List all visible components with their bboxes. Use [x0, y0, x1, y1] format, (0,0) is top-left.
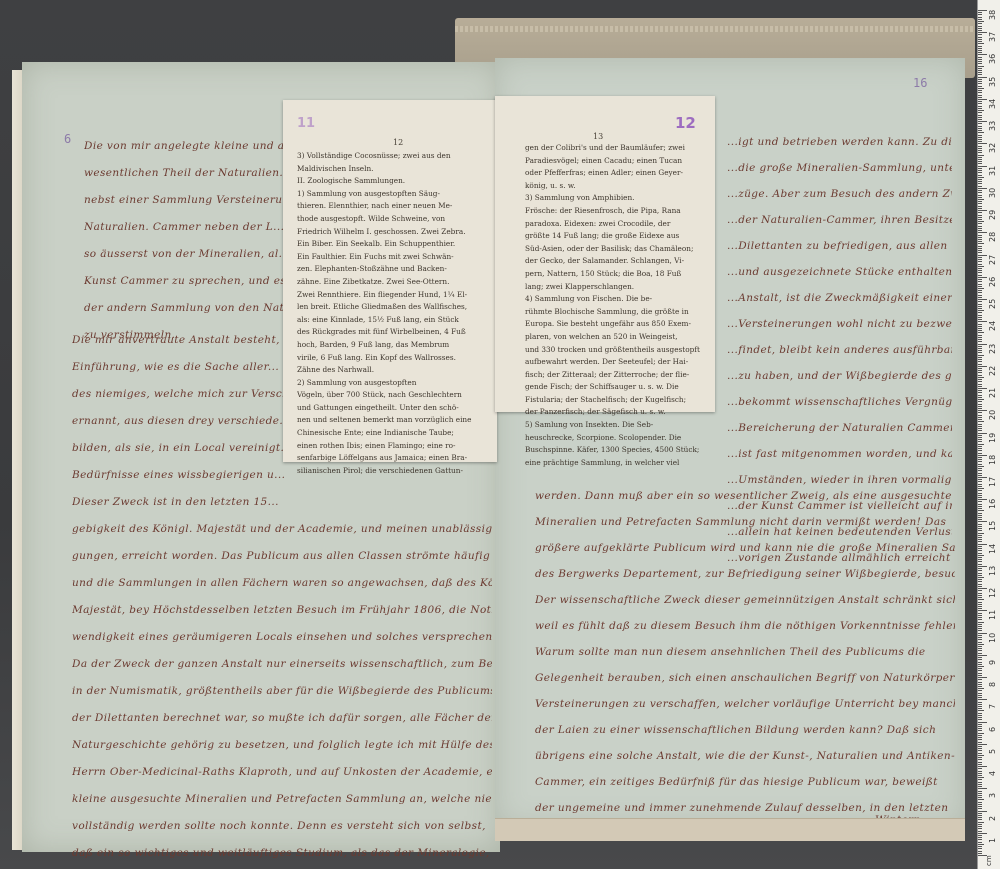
ruler-label: 22 — [988, 366, 997, 376]
printed-paragraph: gen der Colibri's und der Baumläufer; zw… — [525, 142, 707, 192]
handwritten-line: kleine ausgesuchte Mineralien und Petref… — [72, 793, 492, 805]
ruler-label: 4 — [988, 771, 997, 776]
handwritten-line: in der Numismatik, größtentheils aber fü… — [72, 685, 492, 697]
ruler-label: 24 — [988, 321, 997, 331]
ruler-label: 32 — [988, 143, 997, 153]
printed-text-left: 3) Vollständige Cocosnüsse; zwei aus den… — [297, 150, 487, 477]
ruler-label: 2 — [988, 815, 997, 820]
ruler-label: 34 — [988, 99, 997, 109]
handwritten-line: des niemiges, welche mich zur Versch... — [72, 388, 312, 400]
handwritten-line: ...Anstalt, ist die Zweckmäßigkeit einer… — [727, 292, 952, 304]
handwritten-line: Da der Zweck der ganzen Anstalt nur eine… — [72, 658, 492, 670]
handwritten-line: Warum sollte man nun diesem ansehnlichen… — [535, 646, 955, 658]
ruler-label: 9 — [988, 660, 997, 665]
handwritten-line: bilden, als sie, in ein Local vereinigt.… — [72, 442, 312, 454]
printed-paragraph: 3) Sammlung von Amphibien.Frösche: der R… — [525, 192, 707, 293]
handwritten-line: gungen, erreicht worden. Das Publicum au… — [72, 550, 492, 562]
handwritten-line: ...Umständen, wieder in ihren vormaligen — [727, 474, 952, 486]
handwritten-line: ...ist fast mitgenommen worden, und kann — [727, 448, 952, 460]
printed-paragraph: 4) Sammlung von Fischen. Die be-rühmte B… — [525, 293, 707, 419]
stamp-mark-left: 11 — [297, 116, 315, 131]
ruler-label: 13 — [988, 566, 997, 576]
handwritten-line: Kunst Cammer zu sprechen, und es... — [84, 275, 304, 287]
ruler-label: 29 — [988, 210, 997, 220]
handwritten-line: Dieser Zweck ist in den letzten 15... — [72, 496, 312, 508]
printed-paragraph: 3) Vollständige Cocosnüsse; zwei aus den… — [297, 150, 487, 175]
ruler-label: 20 — [988, 410, 997, 420]
handwritten-line: übrigens eine solche Anstalt, wie die de… — [535, 750, 955, 762]
page-edges — [455, 26, 975, 32]
ruler-label: 19 — [988, 432, 997, 442]
ruler-label: 6 — [988, 726, 997, 731]
ruler-label: 17 — [988, 477, 997, 487]
printed-insert-right-page: 12 13 gen der Colibri's und der Baumläuf… — [495, 96, 715, 412]
ruler-label: 21 — [988, 388, 997, 398]
handwritten-line: werden. Dann muß aber ein so wesentliche… — [535, 490, 955, 502]
handwritten-line: ...Bereicherung der Naturalien Cammer — — [727, 422, 952, 434]
handwritten-line: nebst einer Sammlung Versteinerungen... — [84, 194, 304, 206]
handwritten-line: Gelegenheit berauben, sich einen anschau… — [535, 672, 955, 684]
handwritten-line: ...die große Mineralien-Sammlung, unter … — [727, 162, 952, 174]
ruler-label: 3 — [988, 793, 997, 798]
ruler-label: 15 — [988, 521, 997, 531]
ruler-label: 7 — [988, 704, 997, 709]
ruler-label: 33 — [988, 121, 997, 131]
handwritten-line: größere aufgeklärte Publicum wird und ka… — [535, 542, 955, 554]
stamp-mark-right: 12 — [675, 114, 696, 132]
printed-paragraph: II. Zoologische Sammlungen. — [297, 175, 487, 188]
ruler-label: 16 — [988, 499, 997, 509]
handwritten-line: Einführung, wie es die Sache aller... — [72, 361, 312, 373]
handwritten-line: ...igt und betrieben werden kann. Zu die… — [727, 136, 952, 148]
ruler-label: 11 — [988, 610, 997, 620]
handwritten-line: wendigkeit eines geräumigeren Locals ein… — [72, 631, 492, 643]
handwritten-line: ...Versteinerungen wohl nicht zu bezweif… — [727, 318, 952, 330]
ruler-label: 12 — [988, 588, 997, 598]
handwritten-line: daß ein so wichtiges und weitläuftiges S… — [72, 847, 492, 859]
handwritten-line: ernannt, aus diesen drey verschiede... — [72, 415, 312, 427]
left-folio-mark: 6 — [64, 132, 71, 146]
printed-insert-left-page: 11 12 3) Vollständige Cocosnüsse; zwei a… — [283, 100, 497, 462]
ruler-label: 28 — [988, 232, 997, 242]
handwritten-line: ...findet, bleibt kein anderes ausführba… — [727, 344, 952, 356]
page-number-12: 12 — [393, 138, 403, 147]
handwritten-line: Cammer, ein zeitiges Bedürfniß für das h… — [535, 776, 955, 788]
ruler-label: 8 — [988, 682, 997, 687]
handwritten-line: Majestät, bey Höchstdesselben letzten Be… — [72, 604, 492, 616]
handwritten-line: der Laien zu einer wissenschaftlichen Bi… — [535, 724, 955, 736]
handwritten-line: der ungemeine und immer zunehmende Zulau… — [535, 802, 955, 814]
measurement-ruler: cm 1234567891011121314151617181920212223… — [977, 0, 1000, 869]
handwritten-line: Naturalien. Cammer neben der L... — [84, 221, 304, 233]
handwritten-line: ...zu haben, und der Wißbegierde des gem… — [727, 370, 952, 382]
handwritten-line: Naturgeschichte gehörig zu besetzen, und… — [72, 739, 492, 751]
printed-text-right: gen der Colibri's und der Baumläufer; zw… — [525, 142, 707, 469]
printed-paragraph: 5) Samlung von Insekten. Die Seb-heuschr… — [525, 419, 707, 469]
handwritten-line: vollständig werden sollte noch konnte. D… — [72, 820, 492, 832]
ruler-label: 36 — [988, 54, 997, 64]
right-page-bottom-edge — [495, 818, 965, 841]
ruler-label: 37 — [988, 32, 997, 42]
ruler-unit-label: cm — [985, 855, 993, 866]
handwritten-line: ...Dilettanten zu befriedigen, aus allen — [727, 240, 952, 252]
handwritten-line: der Dilettanten berechnet war, so mußte … — [72, 712, 492, 724]
handwritten-line: gebigkeit des Königl. Majestät und der A… — [72, 523, 492, 535]
printed-paragraph: 1) Sammlung von ausgestopften Säug-thier… — [297, 188, 487, 377]
ruler-label: 31 — [988, 165, 997, 175]
ruler-label: 14 — [988, 543, 997, 553]
handwritten-line: Herrn Ober-Medicinal-Raths Klaproth, und… — [72, 766, 492, 778]
ruler-label: 26 — [988, 277, 997, 287]
handwritten-line: Mineralien und Petrefacten Sammlung nich… — [535, 516, 955, 528]
handwritten-line: Bedürfnisse eines wissbegierigen u... — [72, 469, 312, 481]
handwritten-line: ...bekommt wissenschaftliches Vergnügen … — [727, 396, 952, 408]
ruler-label: 10 — [988, 632, 997, 642]
handwritten-line: und die Sammlungen in allen Fächern ware… — [72, 577, 492, 589]
handwritten-line: weil es fühlt daß zu diesem Besuch ihm d… — [535, 620, 955, 632]
handwritten-line: Die mir anvertraute Anstalt besteht, sei… — [72, 334, 312, 346]
handwritten-line: ...der Naturalien-Cammer, ihren Besitze — [727, 214, 952, 226]
ruler-label: 38 — [988, 10, 997, 20]
ruler-label: 23 — [988, 343, 997, 353]
handwritten-line: Die von mir angelegte kleine und auß... — [84, 140, 304, 152]
right-folio-number: 16 — [913, 76, 927, 90]
page-number-13: 13 — [593, 132, 603, 141]
handwritten-line: ...und ausgezeichnete Stücke enthalten. — [727, 266, 952, 278]
ruler-label: 25 — [988, 299, 997, 309]
handwritten-line: des Bergwerks Departement, zur Befriedig… — [535, 568, 955, 580]
handwritten-line: Versteinerungen zu verschaffen, welcher … — [535, 698, 955, 710]
ruler-label: 35 — [988, 77, 997, 87]
ruler-label: 18 — [988, 455, 997, 465]
ruler-label: 1 — [988, 838, 997, 843]
printed-paragraph: 2) Sammlung von ausgestopftenVögeln, übe… — [297, 377, 487, 478]
ruler-label: 27 — [988, 254, 997, 264]
ruler-label: 30 — [988, 188, 997, 198]
handwritten-line: so äusserst von der Mineralien, al... — [84, 248, 304, 260]
handwritten-line: wesentlichen Theil der Naturalien. L... — [84, 167, 304, 179]
ruler-label: 5 — [988, 749, 997, 754]
handwritten-line: ...züge. Aber zum Besuch des andern Zwec… — [727, 188, 952, 200]
handwritten-line: Der wissenschaftliche Zweck dieser gemei… — [535, 594, 955, 606]
handwritten-line: der andern Sammlung von den Natu... — [84, 302, 304, 314]
